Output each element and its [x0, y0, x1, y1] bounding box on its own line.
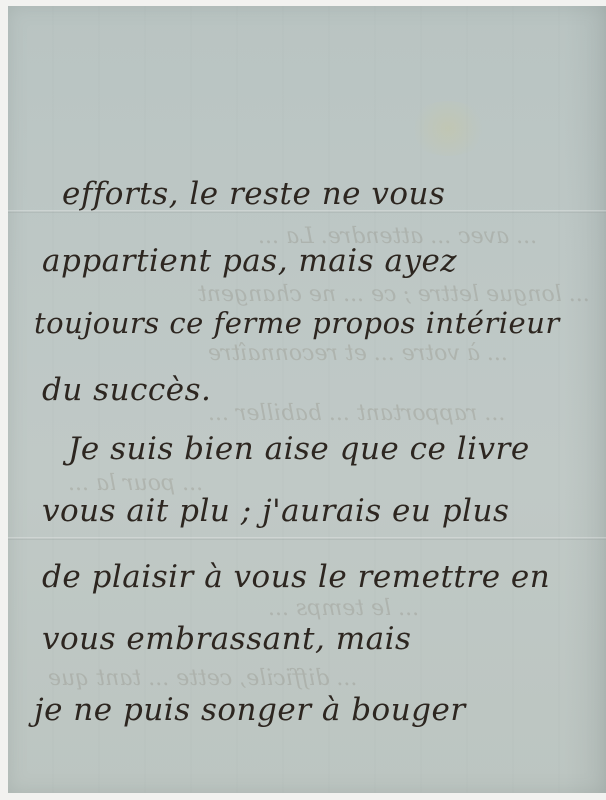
photo-background: ... avec ... attendre. La ... ... longue… [0, 0, 606, 800]
letter-page: ... avec ... attendre. La ... ... longue… [8, 6, 606, 793]
handwritten-line-6: vous ait plu ; j'aurais eu plus [42, 493, 509, 529]
handwritten-line-5: Je suis bien aise que ce livre [68, 431, 530, 467]
handwritten-line-2: appartient pas, mais ayez [42, 243, 457, 279]
handwritten-line-4: du succès. [42, 372, 211, 408]
bleed-through-text: ... difficile, cette ... tant que [48, 666, 357, 691]
bleed-through-text: ... le temps ... [268, 596, 419, 621]
handwritten-line-3: toujours ce ferme propos intérieur [34, 306, 560, 340]
bleed-through-text: ... longue lettre ; ce ... ne changent [198, 282, 590, 307]
handwritten-line-7: de plaisir à vous le remettre en [42, 559, 550, 595]
handwritten-line-8: vous embrassant, mais [42, 621, 411, 657]
bleed-through-text: ... rapportant ... babiller ... [208, 401, 505, 426]
bleed-through-text: ... à votre ... et reconnaître [208, 341, 508, 366]
paper-fold-line [8, 537, 606, 540]
handwritten-line-1: efforts, le reste ne vous [62, 176, 445, 212]
handwritten-line-9: je ne puis songer à bouger [34, 692, 466, 728]
paper-stain [408, 101, 488, 156]
